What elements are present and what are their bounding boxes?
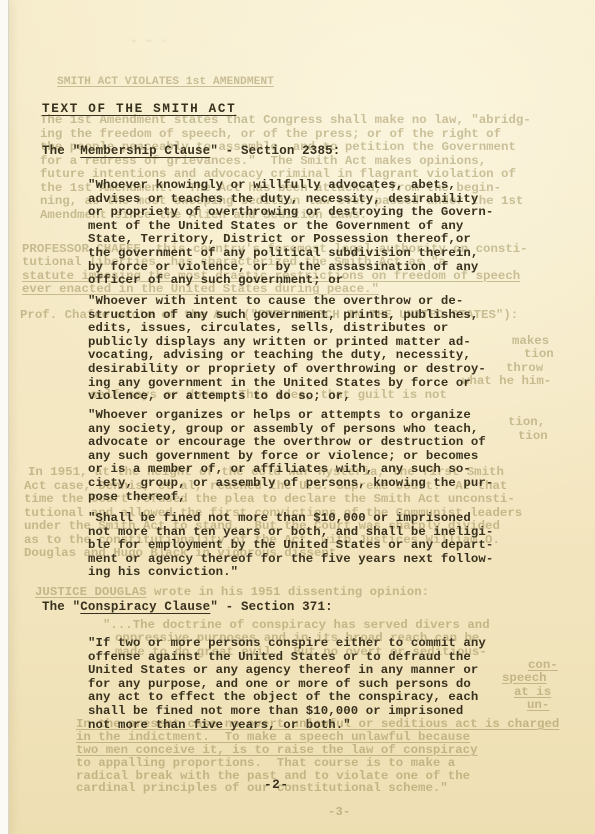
membership-heading-name: Membership Clause — [80, 144, 210, 158]
conspiracy-clause-heading: The "Conspiracy Clause" - Section 371: — [42, 600, 333, 614]
typewritten-document-page: - – ·SMITH ACT VIOLATES 1st AMENDMENTThe… — [0, 0, 595, 834]
conspiracy-heading-tail: " - Section 371: — [210, 600, 332, 614]
membership-heading-lead: The " — [42, 144, 80, 158]
membership-paragraph-1: "Whoever knowingly or willfully advocate… — [88, 179, 493, 288]
conspiracy-heading-lead: The " — [42, 600, 80, 614]
membership-paragraph-2: "Whoever with intent to cause the overth… — [88, 295, 486, 404]
membership-paragraph-4: "Shall be fined not more than $10,000 or… — [88, 512, 493, 580]
document-title: TEXT OF THE SMITH ACT — [42, 102, 236, 116]
membership-heading-tail: " - Section 2385: — [210, 144, 340, 158]
document-title-text: TEXT OF THE SMITH ACT — [42, 102, 236, 116]
conspiracy-heading-name: Conspiracy Clause — [80, 600, 210, 614]
conspiracy-paragraph-1: "If two or more persons conspire either … — [88, 637, 486, 732]
page-number: -2- — [264, 777, 289, 792]
membership-paragraph-3: "Whoever organizes or helps or attempts … — [88, 409, 493, 504]
typed-ink-layer: TEXT OF THE SMITH ACT The "Membership Cl… — [0, 0, 595, 834]
membership-clause-heading: The "Membership Clause" - Section 2385: — [42, 144, 340, 158]
